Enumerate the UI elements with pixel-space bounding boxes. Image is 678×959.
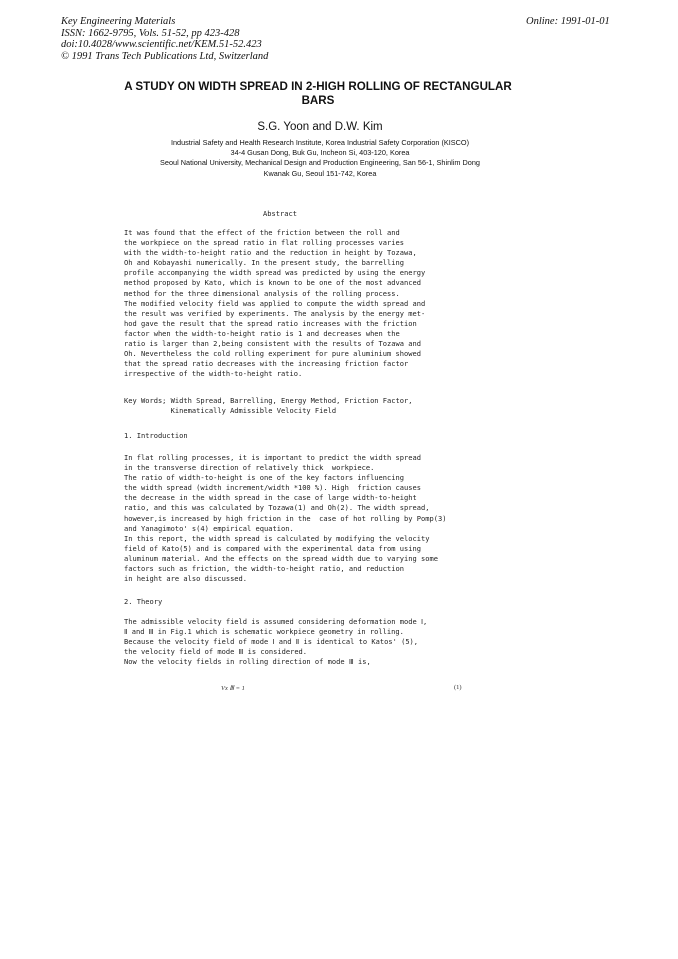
doi-line: doi:10.4028/www.scientific.net/KEM.51-52… [61,39,268,51]
text-line: hod gave the result that the spread rati… [124,319,425,329]
equation-1: Vx Ⅲ = 1 [221,684,245,692]
text-line: the workpiece on the spread ratio in fla… [124,238,425,248]
title-line: A STUDY ON WIDTH SPREAD IN 2-HIGH ROLLIN… [108,80,528,94]
title-line: BARS [108,94,528,108]
text-line: Ⅱ and Ⅲ in Fig.1 which is schematic work… [124,627,427,637]
text-line: Oh. Nevertheless the cold rolling experi… [124,349,425,359]
text-line: ratio is larger than 2,being consistent … [124,339,425,349]
text-line: method proposed by Kato, which is known … [124,278,425,288]
text-line: Oh and Kobayashi numerically. In the pre… [124,258,425,268]
abstract-heading: Abstract [263,209,297,219]
text-line: factors such as friction, the width-to-h… [124,564,446,574]
affiliations: Industrial Safety and Health Research In… [100,138,540,179]
text-line: Kinematically Admissible Velocity Field [124,406,413,416]
text-line: in height are also discussed. [124,574,446,584]
theory-body: The admissible velocity field is assumed… [124,617,427,667]
issn-line: ISSN: 1662-9795, Vols. 51-52, pp 423-428 [61,28,268,40]
text-line: in the transverse direction of relativel… [124,463,446,473]
text-line: profile accompanying the width spread wa… [124,268,425,278]
text-line: the result was verified by experiments. … [124,309,425,319]
text-line: Now the velocity fields in rolling direc… [124,657,427,667]
text-line: irrespective of the width-to-height rati… [124,369,425,379]
introduction-body: In flat rolling processes, it is importa… [124,453,446,584]
journal-name: Key Engineering Materials [61,16,268,28]
text-line: It was found that the effect of the fric… [124,228,425,238]
text-line: The modified velocity field was applied … [124,299,425,309]
text-line: aluminum material. And the effects on th… [124,554,446,564]
text-line: the width spread (width increment/width … [124,483,446,493]
text-line: In flat rolling processes, it is importa… [124,453,446,463]
keywords: Key Words; Width Spread, Barrelling, Ene… [124,396,413,416]
affiliation-line: Seoul National University, Mechanical De… [100,158,540,168]
text-line: method for the three dimensional analysi… [124,289,425,299]
affiliation-line: 34-4 Gusan Dong, Buk Gu, Incheon Si, 403… [100,148,540,158]
abstract-body: It was found that the effect of the fric… [124,228,425,379]
text-line: The admissible velocity field is assumed… [124,617,427,627]
text-line: field of Kato(5) and is compared with th… [124,544,446,554]
text-line: that the spread ratio decreases with the… [124,359,425,369]
text-line: ratio, and this was calculated by Tozawa… [124,503,446,513]
section-heading-theory: 2. Theory [124,597,162,607]
journal-citation: Key Engineering Materials ISSN: 1662-979… [61,16,268,62]
text-line: the velocity field of mode Ⅲ is consider… [124,647,427,657]
text-line: Because the velocity field of mode Ⅰ and… [124,637,427,647]
text-line: In this report, the width spread is calc… [124,534,446,544]
section-heading-introduction: 1. Introduction [124,431,188,441]
online-date: Online: 1991-01-01 [526,16,610,28]
paper-title: A STUDY ON WIDTH SPREAD IN 2-HIGH ROLLIN… [108,80,528,108]
text-line: with the width-to-height ratio and the r… [124,248,425,258]
text-line: The ratio of width-to-height is one of t… [124,473,446,483]
affiliation-line: Industrial Safety and Health Research In… [100,138,540,148]
copyright-line: © 1991 Trans Tech Publications Ltd, Swit… [61,51,268,63]
text-line: and Yanagimoto' s(4) empirical equation. [124,524,446,534]
text-line: factor when the width-to-height ratio is… [124,329,425,339]
authors: S.G. Yoon and D.W. Kim [100,121,540,133]
affiliation-line: Kwanak Gu, Seoul 151-742, Korea [100,169,540,179]
text-line: the decrease in the width spread in the … [124,493,446,503]
equation-number: (1) [454,684,462,691]
text-line: however,is increased by high friction in… [124,514,446,524]
text-line: Key Words; Width Spread, Barrelling, Ene… [124,396,413,406]
